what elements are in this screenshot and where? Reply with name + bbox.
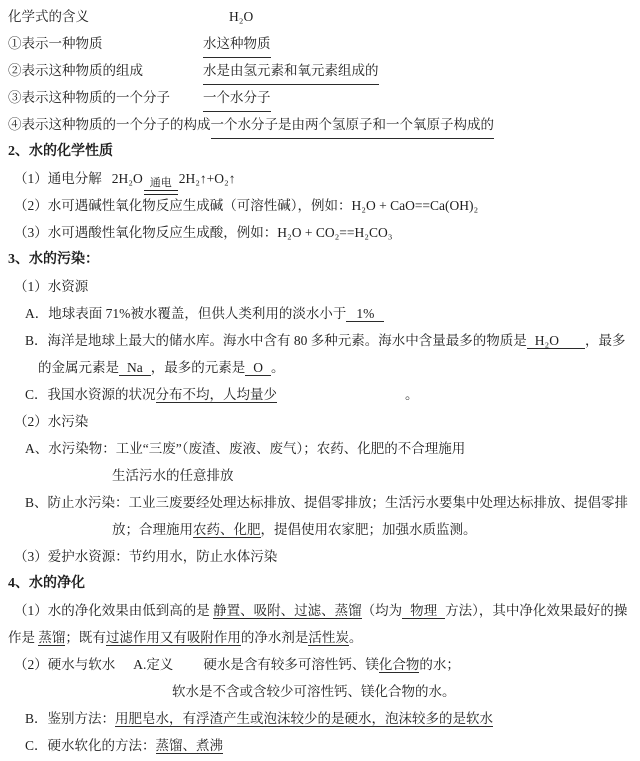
formula-meaning-header: 化学式的含义H₂O (8, 3, 634, 30)
resources-b1-suffix: ，最多 (585, 333, 626, 348)
chemical-equation-electrolysis: 2H₂O通电2H₂↑+O₂↑ (112, 171, 236, 186)
soften-label: C．硬水软化的方法： (25, 738, 156, 753)
water-pollution-title: （2）水污染 (8, 408, 634, 435)
meaning-item-1-answer: 水这种物质 (203, 30, 271, 58)
pollutants-line1: A、水污染物：工业“三废”（废渣、废液、废气）；农药、化肥的不合理施用 (8, 435, 634, 462)
meaning-item-4-label: ④表示这种物质的一个分子的构成 (8, 111, 211, 138)
resources-item-c: C．我国水资源的状况分布不均，人均量少。 (8, 381, 634, 408)
purification-line1: （1）水的净化效果由低到高的是 静置、吸附、过滤、蒸馏（均为物理方法），其中净化… (8, 597, 634, 624)
purification-line2: 作是 蒸馏；既有过滤作用又有吸附作用的净水剂是活性炭。 (8, 624, 634, 651)
resources-a-text: A．地球表面 71%被水覆盖，但供人类利用的淡水小于 (25, 306, 346, 321)
document-page: 化学式的含义H₂O ①表示一种物质水这种物质 ②表示这种物质的组成水是由氢元素和… (0, 0, 640, 759)
resources-item-b-line1: B．海洋是地球上最大的储水库。海水中含有 80 多种元素。海水中含量最多的物质是… (8, 327, 634, 354)
equation-rhs: 2H₂↑+O₂↑ (179, 171, 236, 186)
purify2-distill-underlined: 蒸馏 (38, 630, 65, 646)
resources-c-answer: 分布不均，人均量少 (156, 387, 278, 403)
meaning-item-1-label: ①表示一种物质 (8, 30, 203, 57)
soften-answer-underlined: 蒸馏、煮沸 (156, 738, 224, 754)
resources-item-a: A．地球表面 71%被水覆盖，但供人类利用的淡水小于1% (8, 300, 634, 327)
prevent-pollution-line1: B、防止水污染：工业三废要经处理达标排放、提倡零排放；生活污水要集中处理达标排放… (8, 489, 634, 516)
resources-b1-text: B．海洋是地球上最大的储水库。海水中含有 80 多种元素。海水中含量最多的物质是 (25, 333, 527, 348)
pollutants-line2: 生活污水的任意排放 (8, 462, 634, 489)
formula-h2o: H₂O (229, 3, 253, 30)
meaning-item-4: ④表示这种物质的一个分子的构成一个水分子是由两个氢原子和一个氧原子构成的 (8, 111, 634, 138)
electrolysis-line: （1）通电分解2H₂O通电2H₂↑+O₂↑ (8, 165, 634, 192)
purify2-mid1: ；既有 (65, 630, 106, 645)
purify2-filter-adsorb-underlined: 过滤作用又有吸附作用 (106, 630, 241, 646)
resources-a-blank: 1% (346, 306, 384, 322)
resources-b2-text: 的金属元素是 (38, 360, 119, 375)
resources-b1-blank: H₂O (527, 333, 585, 349)
prevent-line2-suffix: ，提倡使用农家肥；加强水质监测。 (261, 522, 477, 537)
acid-reaction-formula: H₂O + CO₂==H₂CO₃ (277, 225, 392, 240)
reaction-condition-text: 通电 (150, 178, 172, 189)
meaning-item-3-label: ③表示这种物质的一个分子 (8, 84, 203, 111)
formula-meaning-label: 化学式的含义 (8, 3, 203, 30)
acid-reaction-text: （3）水可遇酸性氧化物反应生成酸，例如： (14, 225, 277, 240)
purify1-blank-physical: 物理 (402, 603, 445, 619)
hard-soft-title: （2）硬水与软水 (14, 657, 115, 672)
resources-b2-blank-o: O (245, 360, 271, 376)
meaning-item-2: ②表示这种物质的组成水是由氢元素和氧元素组成的 (8, 57, 634, 84)
purify1-prefix: （1）水的净化效果由低到高的是 (14, 603, 213, 618)
identify-label: B．鉴别方法： (25, 711, 115, 726)
base-reaction-line: （2）水可遇碱性氧化物反应生成碱（可溶性碱），例如：H₂O + CaO==Ca(… (8, 192, 634, 219)
purify2-prefix: 作是 (8, 630, 38, 645)
soften-method-line: C．硬水软化的方法：蒸馏、煮沸 (8, 732, 634, 759)
protect-resources-line: （3）爱护水资源：节约用水，防止水体污染 (8, 543, 634, 570)
identify-method-line: B．鉴别方法：用肥皂水，有浮渣产生或泡沫较少的是硬水，泡沫较多的是软水 (8, 705, 634, 732)
electrolysis-label: （1）通电分解 (14, 171, 102, 186)
meaning-item-3-answer: 一个水分子 (203, 84, 271, 112)
meaning-item-2-label: ②表示这种物质的组成 (8, 57, 203, 84)
soft-water-def-line: 软水是不含或含较少可溶性钙、镁化合物的水。 (8, 678, 634, 705)
identify-answer-underlined: 用肥皂水，有浮渣产生或泡沫较少的是硬水，泡沫较多的是软水 (115, 711, 493, 727)
hard-water-def-underlined: 化合物 (379, 657, 420, 673)
hard-water-def-suffix: 的水； (419, 657, 460, 672)
hard-water-def-prefix: 硬水是含有较多可溶性钙、镁 (203, 657, 379, 672)
water-resources-title: （1）水资源 (8, 273, 634, 300)
purify2-charcoal-underlined: 活性炭 (308, 630, 349, 646)
purify1-suffix: 方法），其中净化效果最好的操 (445, 603, 627, 618)
purify1-methods-underlined: 静置、吸附、过滤、蒸馏 (213, 603, 362, 619)
resources-b2-blank-na: Na (119, 360, 151, 376)
meaning-item-3: ③表示这种物质的一个分子一个水分子 (8, 84, 634, 111)
hard-soft-water-line: （2）硬水与软水A.定义硬水是含有较多可溶性钙、镁化合物的水； (8, 651, 634, 678)
prevent-line2-underlined: 农药、化肥 (193, 522, 261, 538)
resources-c-period: 。 (405, 387, 419, 402)
purify2-period: 。 (349, 630, 363, 645)
section-2-heading: 2、水的化学性质 (8, 138, 634, 165)
prevent-line2-prefix: 放；合理施用 (112, 522, 193, 537)
meaning-item-4-answer: 一个水分子是由两个氢原子和一个氧原子构成的 (211, 111, 495, 139)
meaning-item-1: ①表示一种物质水这种物质 (8, 30, 634, 57)
acid-reaction-line: （3）水可遇酸性氧化物反应生成酸，例如：H₂O + CO₂==H₂CO₃ (8, 219, 634, 246)
resources-c-text: C．我国水资源的状况 (25, 387, 156, 402)
base-reaction-text: （2）水可遇碱性氧化物反应生成碱（可溶性碱），例如： (14, 198, 352, 213)
equation-lhs: 2H₂O (112, 171, 143, 186)
section-3-heading: 3、水的污染： (8, 246, 634, 273)
base-reaction-formula: H₂O + CaO==Ca(OH)₂ (352, 198, 479, 213)
definition-label: A.定义 (133, 657, 173, 672)
resources-b2-mid: ，最多的元素是 (151, 360, 246, 375)
prevent-pollution-line2: 放；合理施用农药、化肥，提倡使用农家肥；加强水质监测。 (8, 516, 634, 543)
resources-b2-suffix: 。 (271, 360, 285, 375)
meaning-item-2-answer: 水是由氢元素和氧元素组成的 (203, 57, 379, 85)
resources-item-b-line2: 的金属元素是Na，最多的元素是O。 (8, 354, 634, 381)
purify1-mid: （均为 (362, 603, 403, 618)
purify2-mid2: 的净水剂是 (241, 630, 309, 645)
section-4-heading: 4、水的净化 (8, 570, 634, 597)
